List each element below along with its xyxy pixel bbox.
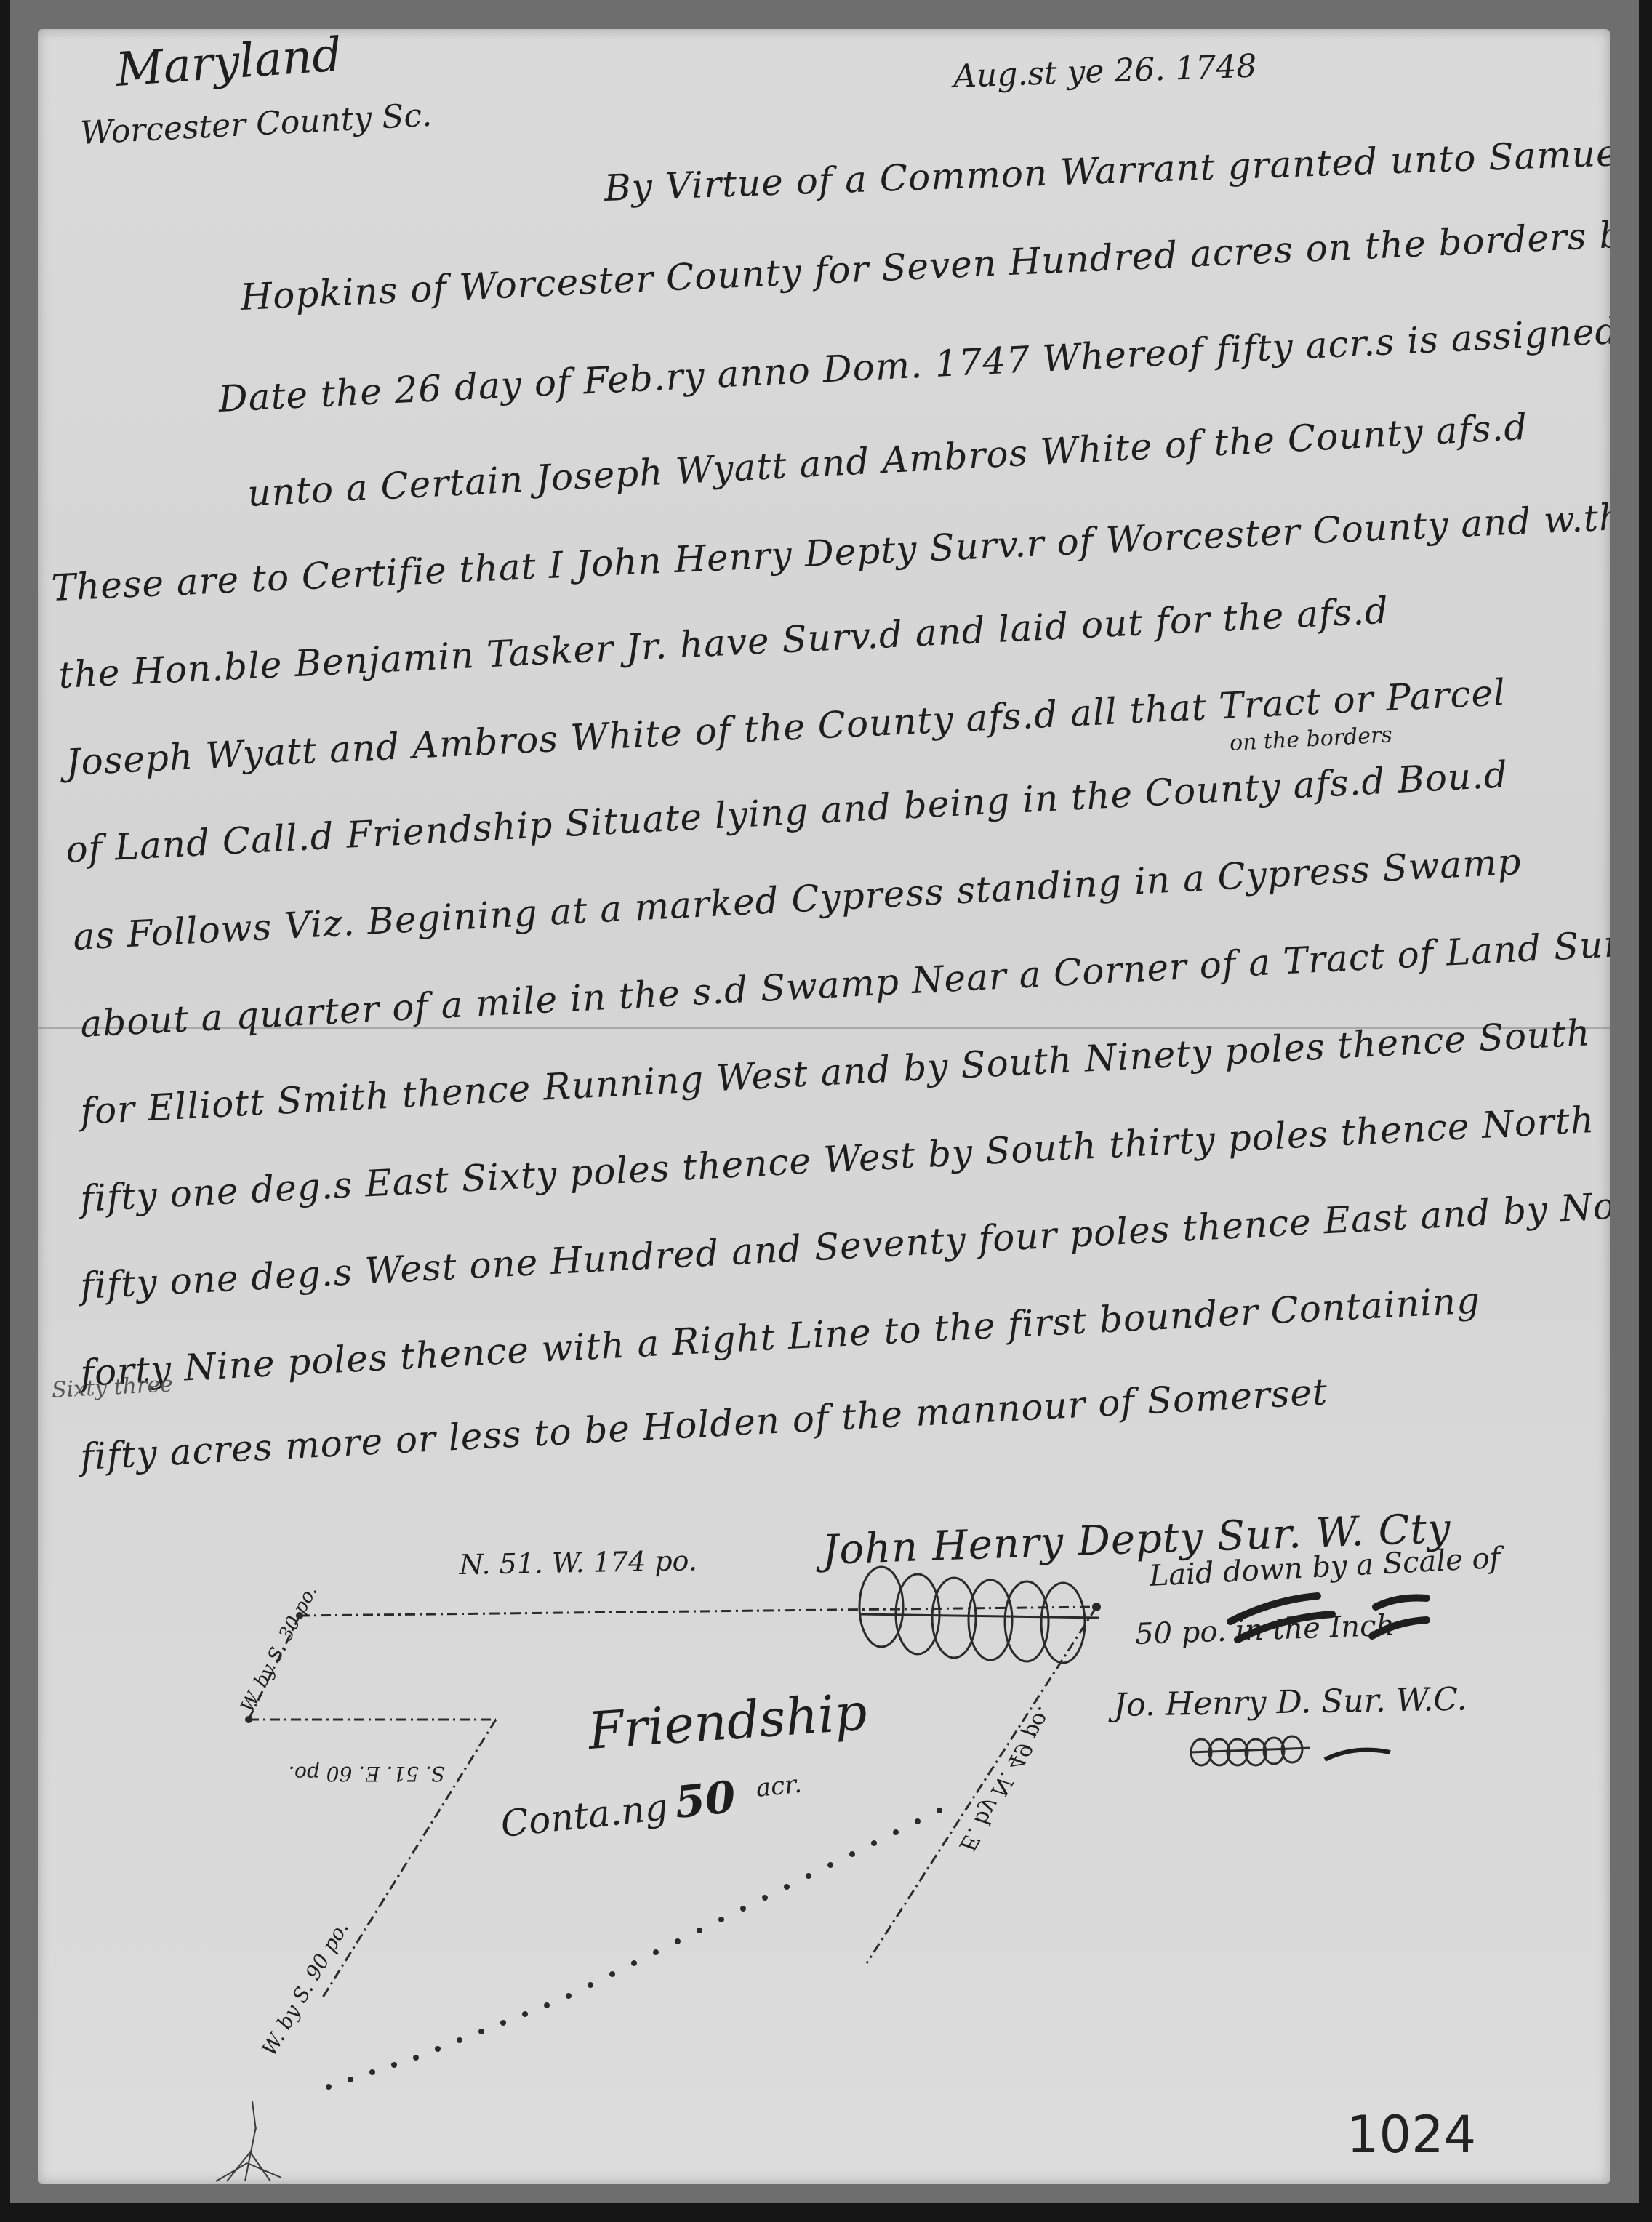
scale-signature-flourish (1179, 1730, 1398, 1774)
plat-drawing (38, 29, 1610, 2184)
plat-course-left-inner: S. 51. E. 60 po. (289, 1762, 445, 1786)
plat-acres-value: 50 (673, 1772, 738, 1829)
plat-acres-unit: acr. (755, 1770, 803, 1803)
plat-course-top: N. 51. W. 174 po. (459, 1544, 697, 1581)
scale-signature: Jo. Henry D. Sur. W.C. (1113, 1681, 1467, 1724)
page-number: 1024 (1347, 2105, 1476, 2165)
cypress-tree-icon (216, 2101, 281, 2181)
document-page: Maryland Worcester County Sc. Aug.st ye … (38, 29, 1610, 2184)
